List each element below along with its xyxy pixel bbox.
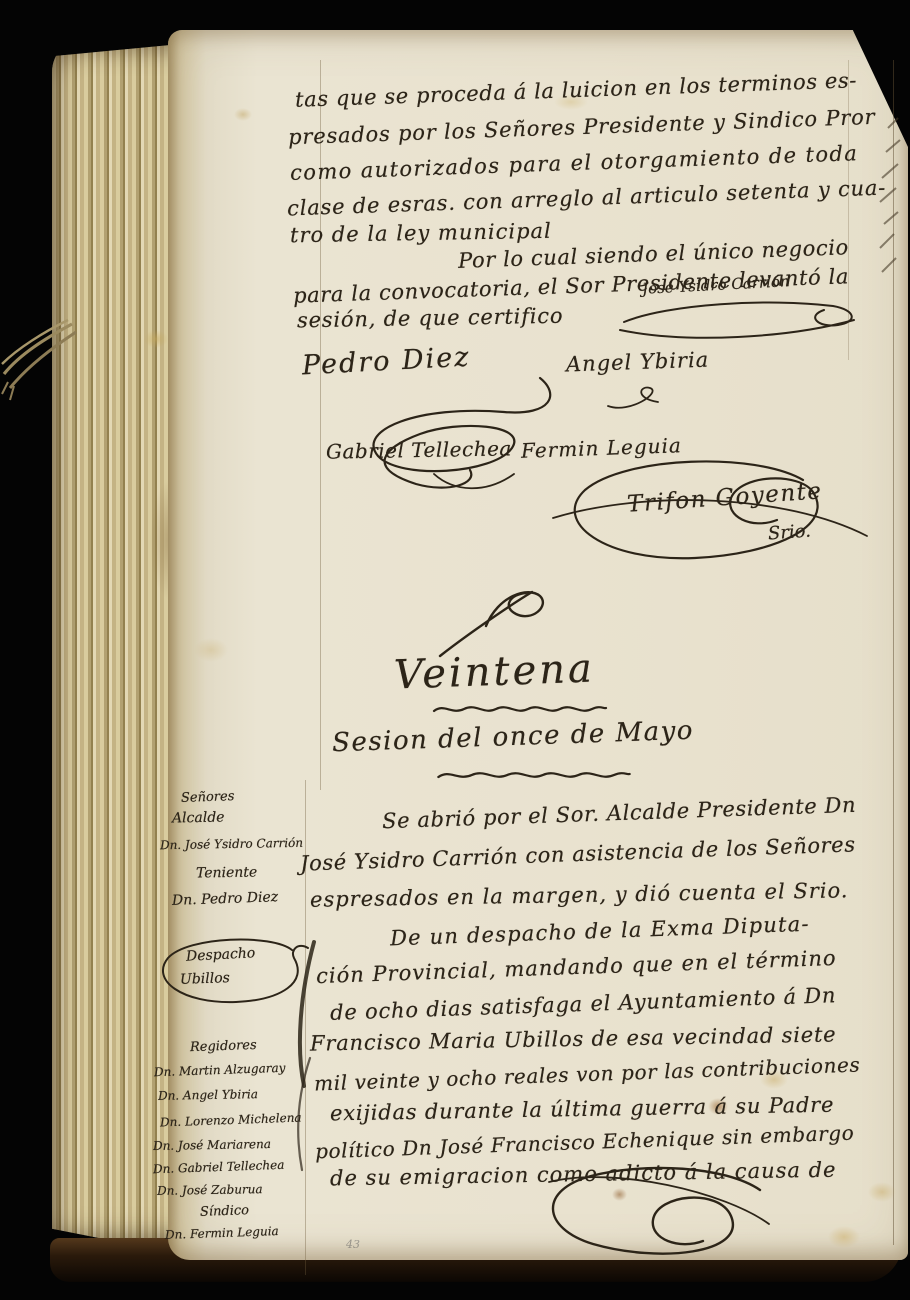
margin-note: Teniente bbox=[196, 865, 257, 880]
manuscript-line: tro de la ley municipal bbox=[290, 221, 552, 247]
binding-cord bbox=[0, 320, 82, 410]
margin-descender-strokes bbox=[288, 938, 318, 1178]
angel-ybiria-flourish bbox=[600, 384, 690, 414]
book-scan: tas que se proceda á la luicion en los t… bbox=[0, 0, 910, 1300]
section-heading: Veintena bbox=[393, 649, 595, 696]
stain bbox=[234, 108, 252, 121]
margin-note: Dn. Pedro Diez bbox=[172, 890, 279, 908]
margin-note-despacho: Despacho bbox=[186, 946, 256, 964]
margin-note: Dn. Angel Ybiria bbox=[158, 1088, 258, 1102]
closing-flourish bbox=[535, 1162, 775, 1267]
secretary-flourish bbox=[545, 450, 875, 575]
margin-note: Dn. José Mariarena bbox=[153, 1138, 271, 1152]
stain bbox=[144, 330, 168, 348]
margin-note: Síndico bbox=[200, 1204, 249, 1219]
heading-underline-flourish bbox=[430, 701, 610, 717]
margin-note: Alcalde bbox=[172, 811, 225, 826]
gabriel-tellechea-flourish bbox=[430, 466, 520, 496]
signature-secretary-title: Srio. bbox=[767, 523, 811, 544]
signature-angel-ybiria: Angel Ybiria bbox=[566, 350, 710, 376]
stain bbox=[828, 1226, 860, 1248]
margin-note: Señores bbox=[181, 790, 235, 805]
stain bbox=[194, 638, 228, 662]
president-rubric-flourish bbox=[618, 292, 868, 340]
margin-note: Dn. Fermin Leguia bbox=[165, 1225, 279, 1241]
session-underline-flourish bbox=[434, 767, 634, 783]
pencil-folio-note: 43 bbox=[346, 1238, 360, 1251]
margin-note: Dn. José Zaburua bbox=[157, 1183, 263, 1197]
stain bbox=[868, 1182, 896, 1202]
margin-note: Dn. José Ysidro Carrión bbox=[160, 837, 303, 851]
margin-note: Regidores bbox=[190, 1039, 257, 1054]
margin-note-despacho: Ubillos bbox=[180, 971, 230, 987]
signature-gabriel-tellechea: Gabriel Tellechea bbox=[326, 438, 512, 461]
manuscript-line: sesión, de que certifico bbox=[297, 306, 564, 332]
